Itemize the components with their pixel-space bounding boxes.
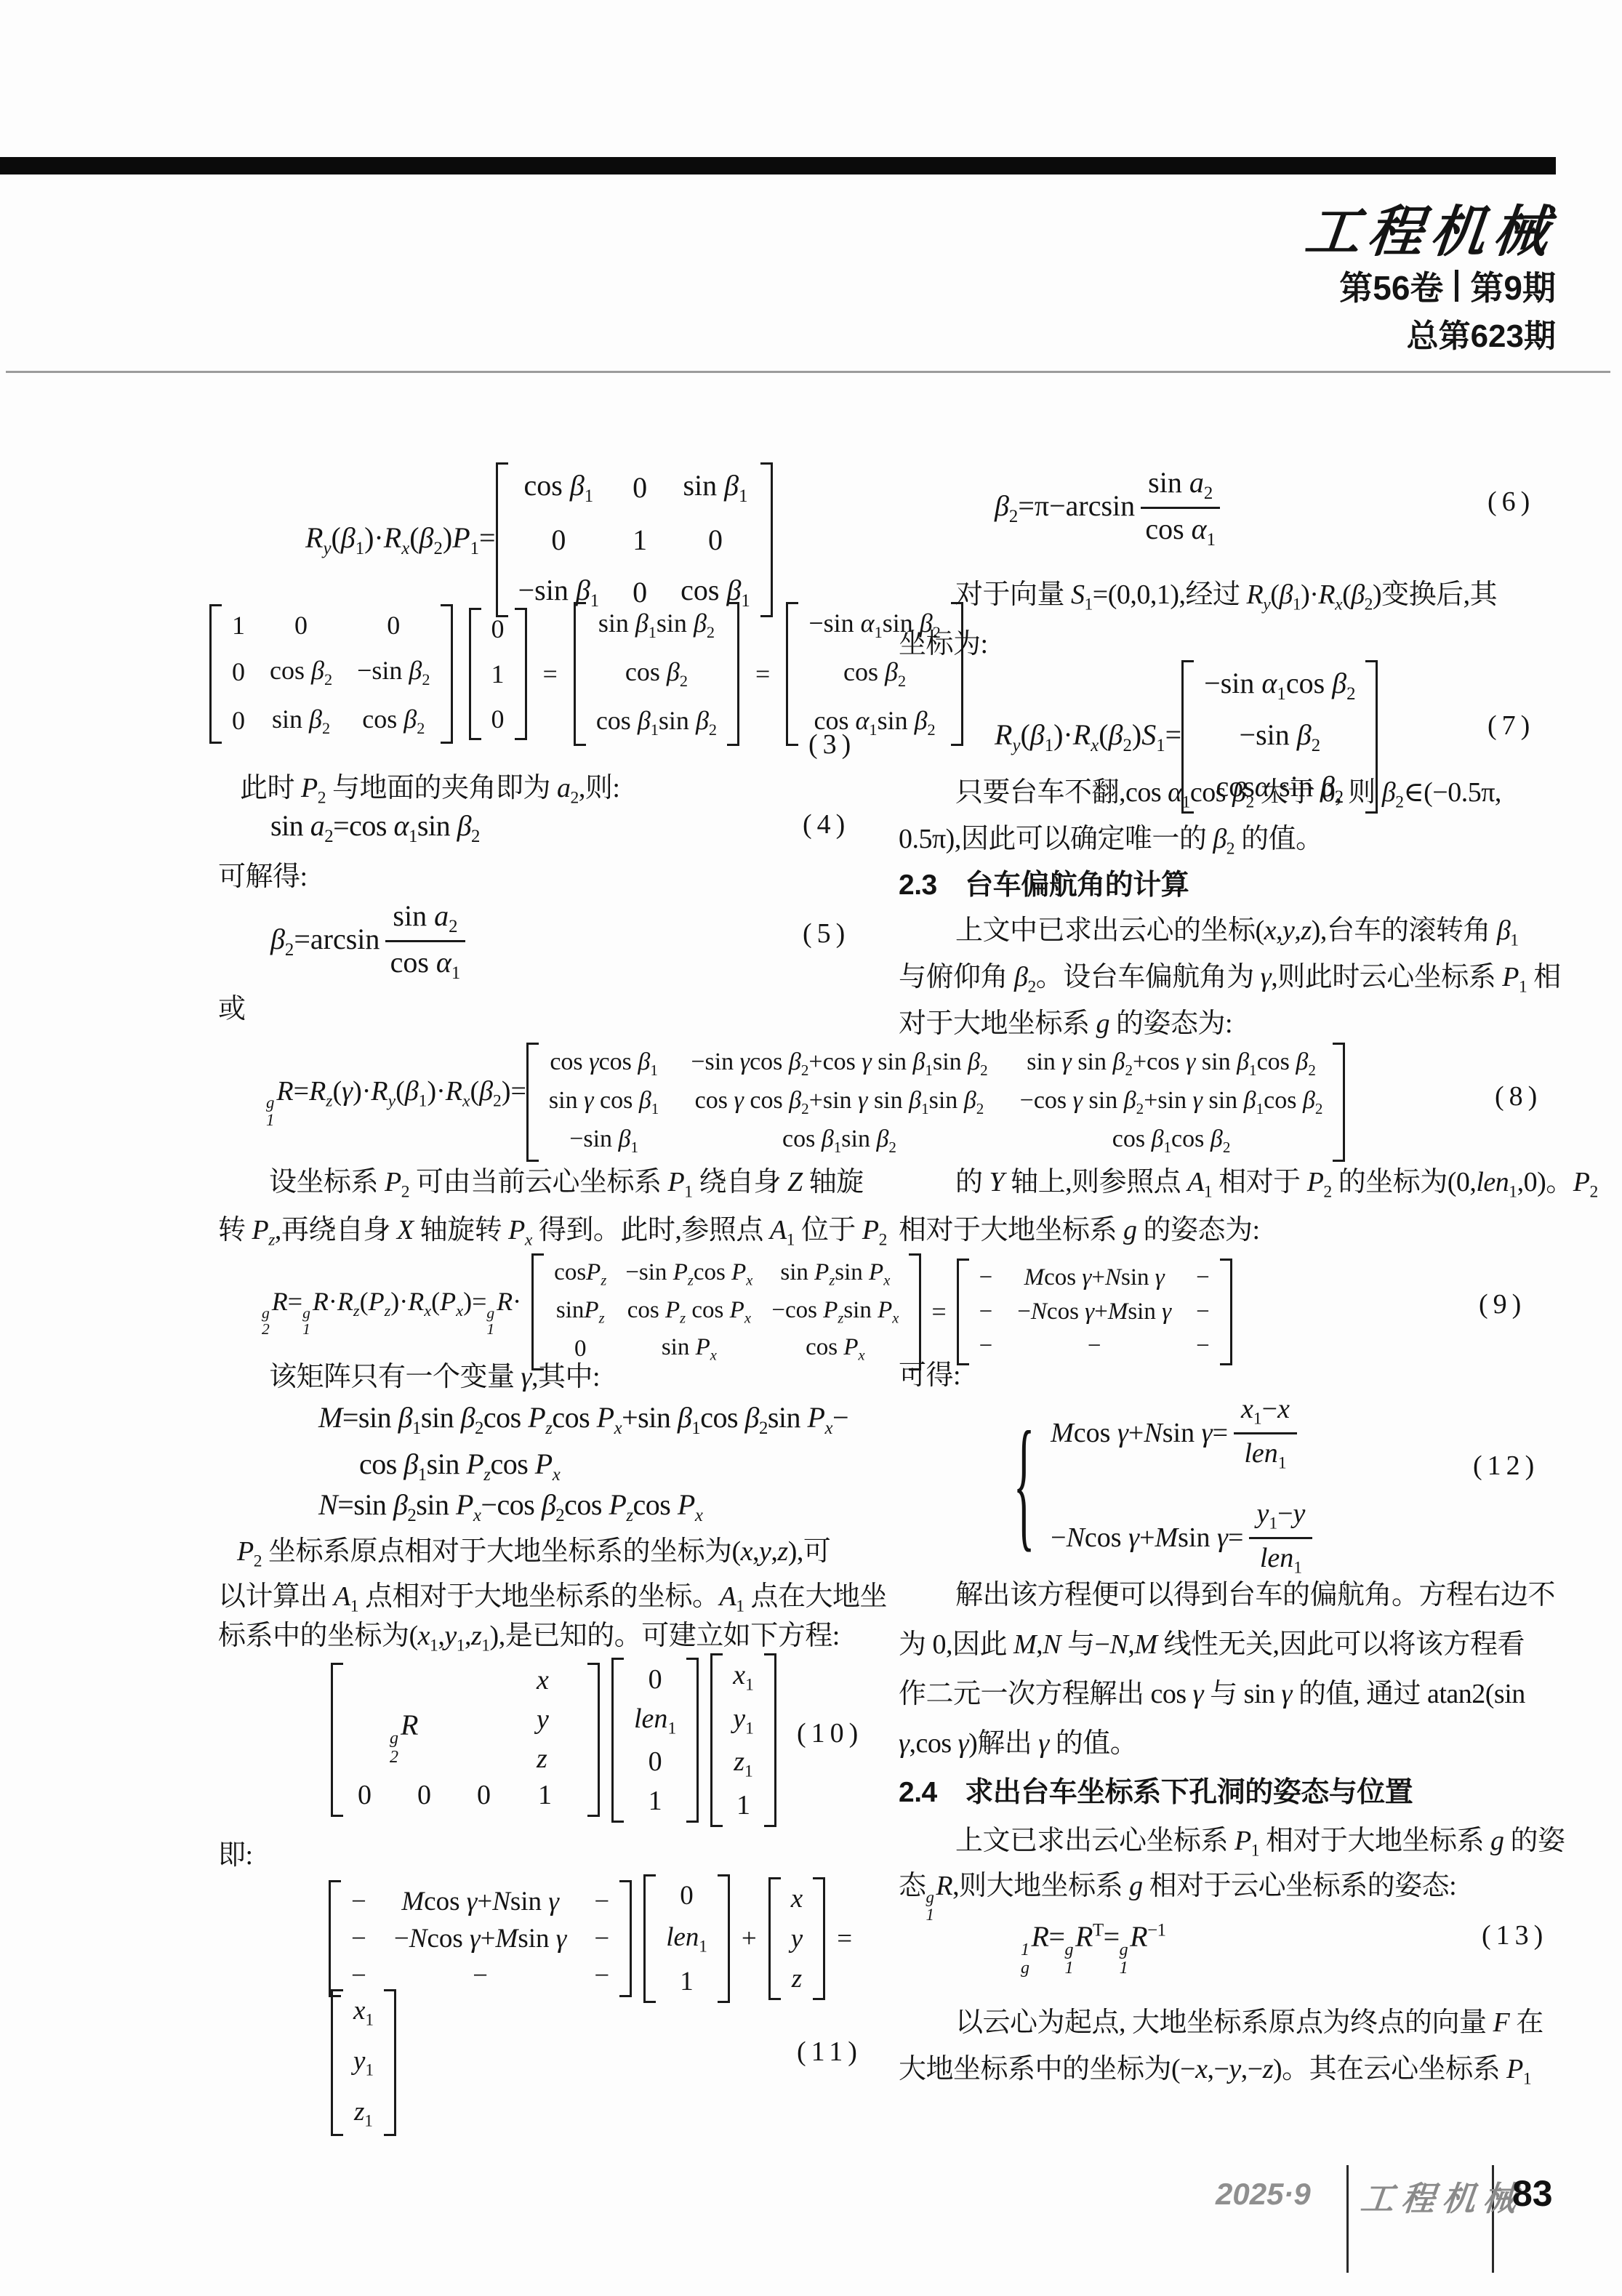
cell: −sin β2 <box>357 655 430 689</box>
bracket <box>574 602 586 746</box>
cell: z <box>792 1963 802 1994</box>
issue-total: 总第623期 <box>1407 310 1556 356</box>
cell: −cos γ sin β2+sin γ sin β1cos β2 <box>1020 1087 1323 1118</box>
equation-11-part2: x1 y1 z1 <box>331 1989 396 2136</box>
volume-issue: 第56卷 第9期 <box>1339 262 1556 310</box>
cell: cos β1sin β2 <box>596 705 717 739</box>
cell: − <box>1088 1333 1101 1360</box>
numerator: sin a2 <box>385 899 465 942</box>
bracket <box>768 1877 781 2000</box>
matrix: 0 len1 0 1 <box>611 1658 699 1823</box>
matrix: 0 len1 1 <box>643 1874 730 2003</box>
body-line: 此时 P2 与地面的夹角即为 a2,则: <box>240 765 619 808</box>
cell: z1 <box>734 1746 753 1782</box>
equation-9: g2R=g1R·Rz(Pz)·Rx(Px)=g1R· cosPz −sin Pz… <box>262 1253 1232 1370</box>
body-line: 的 Y 轴上,则参照点 A1 相对于 P2 的坐标为(0,len1,0)。P2 <box>955 1159 1598 1203</box>
cell: y <box>537 1703 549 1735</box>
body-line: 解出该方程便可以得到台车的偏航角。方程右边不 <box>955 1572 1555 1612</box>
bracket <box>441 604 453 744</box>
cell: 0 <box>708 523 723 557</box>
denominator: cos α1 <box>385 942 465 984</box>
cell: 1 <box>491 659 505 689</box>
bracket <box>643 1874 656 2003</box>
equation-number: (4) <box>803 808 850 840</box>
cell: 0 <box>633 470 647 505</box>
cell: 1 <box>736 1789 750 1821</box>
cell: g2R <box>390 1708 418 1766</box>
cell: 0 <box>491 614 505 644</box>
body-line: 设坐标系 P2 可由当前云心坐标系 P1 绕自身 Z 轴旋 <box>269 1159 864 1203</box>
equation-number: (5) <box>803 918 850 950</box>
numerator: sin a2 <box>1141 465 1220 509</box>
bracket <box>760 462 773 617</box>
page-number: 83 <box>1512 2172 1553 2215</box>
matrix: cosPz −sin Pzcos Px sin Pzsin Px sinPz c… <box>531 1253 921 1370</box>
eq9-lhs: g2R=g1R·Rz(Pz)·Rx(Px)=g1R· <box>262 1286 521 1338</box>
cell: −sin γcos β2+cos γ sin β1sin β2 <box>691 1048 987 1080</box>
cell: z1 <box>354 2096 373 2130</box>
body-line: 上文中已求出云心的坐标(x,y,z),台车的滚转角 β1 <box>955 907 1519 951</box>
cell: 0 <box>232 705 245 736</box>
cell: x <box>791 1883 803 1914</box>
cell: − <box>594 1960 609 1991</box>
matrix: g2R x y z 0 0 0 1 <box>331 1663 600 1817</box>
cell: 0 <box>551 523 566 557</box>
equation-number: (6) <box>1487 486 1535 518</box>
bracket <box>686 1658 699 1823</box>
cell: − <box>1196 1333 1210 1360</box>
equation-13: 1gR=g1RT=g1R−1 <box>1021 1919 1165 1978</box>
matrix: 1 0 0 0 cos β2 −sin β2 0 sin β2 cos β2 <box>209 604 453 744</box>
cell: sin γ cos β1 <box>549 1087 659 1118</box>
cell: y1 <box>733 1703 754 1739</box>
eq3-lhs: Ry(β1)·Rx(β2)P1= <box>305 521 496 559</box>
cell: sin β1sin β2 <box>598 608 715 642</box>
bracket <box>515 608 527 740</box>
body-line: 该矩阵只有一个变量 γ,其中: <box>269 1354 600 1394</box>
cell: sin Px <box>662 1334 717 1365</box>
equation-8: g1R=Rz(γ)·Ry(β1)·Rx(β2)= cos γcos β1 −si… <box>266 1043 1345 1162</box>
cell: 1 <box>538 1779 552 1811</box>
footer-divider <box>1346 2165 1349 2273</box>
cell: 0 <box>477 1779 491 1811</box>
bracket <box>526 1043 539 1162</box>
body-line: 0.5π),因此可以确定唯一的 β2 的值。 <box>899 816 1323 859</box>
equation-12: { Mcos γ+Nsin γ= x1−x len1 −Ncos γ+Msin … <box>1012 1393 1318 1578</box>
cell: cos β1sin β2 <box>782 1125 896 1157</box>
cell: 0 <box>680 1880 694 1911</box>
cell: −cos Pzsin Px <box>771 1297 899 1328</box>
matrix: 0 1 0 <box>469 608 527 740</box>
bracket <box>786 602 798 746</box>
cell: sin β2 <box>272 704 330 738</box>
body-line: 大地坐标系中的坐标为(−x,−y,−z)。其在云心坐标系 P1 <box>899 2046 1531 2090</box>
cell: − <box>351 1960 366 1991</box>
bracket <box>329 1880 341 1997</box>
body-line: M=sin β1sin β2cos Pzcos Px+sin β1cos β2s… <box>318 1400 848 1439</box>
equation-12-line1: Mcos γ+Nsin γ= x1−x len1 <box>1051 1393 1318 1473</box>
cell: cos β2 <box>625 657 688 691</box>
fraction: sin a2 cos α1 <box>385 899 465 984</box>
matrix: x1 y1 z1 <box>331 1989 396 2136</box>
equals-sign: = <box>837 1923 852 1954</box>
cell: cos β2 <box>362 704 425 738</box>
matrix: x1 y1 z1 1 <box>710 1653 776 1827</box>
bracket <box>496 462 508 617</box>
header-divider <box>6 371 1610 373</box>
equation-number: (7) <box>1487 710 1535 742</box>
bracket <box>710 1653 723 1827</box>
equation-6: β2=π−arcsin sin a2 cos α1 <box>995 465 1226 550</box>
bracket <box>718 1874 730 2003</box>
cell: len1 <box>666 1922 707 1956</box>
cell: − <box>979 1333 993 1360</box>
block-matrix-body: g2R x y z 0 0 0 1 <box>352 1663 579 1817</box>
cell: Mcos γ+Nsin γ <box>401 1886 559 1917</box>
cell: Mcos γ+Nsin γ <box>1024 1264 1165 1291</box>
bracket <box>813 1877 825 2000</box>
cell: −sin β2 <box>1240 718 1321 756</box>
body-line: 即: <box>218 1832 253 1872</box>
body-line: 可得: <box>899 1352 960 1392</box>
equation-number: (8) <box>1495 1080 1542 1112</box>
body-line: 对于大地坐标系 g 的姿态为: <box>899 1000 1232 1040</box>
cell: len1 <box>634 1703 676 1739</box>
journal-page: 工程机械 第56卷 第9期 总第623期 Ry(β1)·Rx(β2)P1= co… <box>0 0 1622 2296</box>
cell: 0 <box>387 610 400 641</box>
bracket <box>531 1253 544 1370</box>
cell: 0 <box>294 610 308 641</box>
cell: 0 <box>232 657 245 687</box>
cell: 1 <box>232 610 245 641</box>
cell: cos β2 <box>270 655 332 689</box>
matrix: − Mcos γ+Nsin γ − − −Ncos γ+Msin γ − − −… <box>957 1259 1232 1365</box>
body-line: N=sin β2sin Px−cos β2cos Pzcos Px <box>318 1488 702 1526</box>
equation-number: (12) <box>1473 1450 1539 1482</box>
cell: − <box>473 1960 488 1991</box>
cell: cos β1 <box>524 468 594 507</box>
journal-logo: 工程机械 <box>1301 188 1559 267</box>
equation-number: (13) <box>1482 1919 1548 1951</box>
cell: cos β2 <box>843 657 906 691</box>
eq6-lhs: β2=π−arcsin <box>995 489 1135 527</box>
bracket <box>331 1663 343 1817</box>
separator-bar <box>1455 270 1458 302</box>
cell: −sin β1 <box>569 1125 638 1157</box>
body-line: cos β1sin Pzcos Px <box>359 1447 560 1485</box>
eq8-lhs: g1R=Rz(γ)·Ry(β1)·Rx(β2)= <box>266 1075 526 1129</box>
cell: 0 <box>417 1779 431 1811</box>
eq5-lhs: β2=arcsin <box>270 922 380 960</box>
equals-sign: = <box>755 659 770 689</box>
cell: sin β1 <box>683 468 747 507</box>
eq7-lhs: Ry(β1)·Rx(β2)S1= <box>995 718 1181 756</box>
equation-12-line2: −Ncos γ+Msin γ= y1−y len1 <box>1051 1498 1318 1578</box>
cell: sin γ sin β2+cos γ sin β1cos β2 <box>1027 1048 1316 1080</box>
bracket <box>727 602 739 746</box>
footer-issue-date: 2025·9 <box>1216 2177 1311 2212</box>
body-line: 作二元一次方程解出 cos γ 与 sin γ 的值, 通过 atan2(sin <box>899 1671 1525 1711</box>
cell: y <box>791 1923 803 1954</box>
cell: cos γ cos β2+sin γ sin β1sin β2 <box>695 1087 984 1118</box>
bracket <box>611 1658 624 1823</box>
cell: 0 <box>358 1779 372 1811</box>
cell: − <box>594 1923 609 1954</box>
body-line: P2 坐标系原点相对于大地坐标系的坐标为(x,y,z),可 <box>237 1528 830 1572</box>
bracket <box>384 1989 396 2136</box>
cell: 0 <box>649 1746 662 1778</box>
cell: cosPz <box>554 1259 606 1290</box>
matrix: cos γcos β1 −sin γcos β2+cos γ sin β1sin… <box>526 1043 1346 1162</box>
fraction: x1−x len1 <box>1234 1393 1297 1473</box>
denominator: len1 <box>1234 1434 1297 1474</box>
body-line: 或 <box>218 986 246 1026</box>
bracket <box>469 608 481 740</box>
cell: x <box>537 1664 549 1696</box>
cell: cos β1cos β2 <box>1112 1125 1231 1157</box>
equals-sign: = <box>931 1296 946 1327</box>
cell: sin Pzsin Px <box>780 1259 890 1290</box>
cell: 0 <box>649 1663 662 1695</box>
cell: −sin α1cos β2 <box>1204 666 1355 705</box>
body-line: 为 0,因此 M,N 与−N,M 线性无关,因此可以将该方程看 <box>899 1621 1525 1661</box>
cell: −Ncos γ+Msin γ <box>394 1923 566 1954</box>
cell: − <box>1196 1264 1210 1291</box>
bracket <box>619 1880 632 1997</box>
matrix: x y z <box>768 1877 825 2000</box>
cell: − <box>351 1886 366 1917</box>
equation-3-part1: Ry(β1)·Rx(β2)P1= cos β1 0 sin β1 0 1 0 −… <box>305 462 773 617</box>
matrix: − Mcos γ+Nsin γ − − −Ncos γ+Msin γ − − −… <box>329 1880 632 1997</box>
eq12-lhs1: Mcos γ+Nsin γ= <box>1051 1417 1228 1449</box>
cell: sinPz <box>556 1297 605 1328</box>
bracket <box>209 604 222 744</box>
brace: { <box>1013 1412 1035 1559</box>
cell: − <box>594 1886 609 1917</box>
equation-10: g2R x y z 0 0 0 1 0 len1 0 1 <box>331 1653 776 1827</box>
numerator: y1−y <box>1249 1498 1312 1539</box>
fraction: y1−y len1 <box>1249 1498 1312 1578</box>
fraction: sin a2 cos α1 <box>1141 465 1220 550</box>
cell: cos γcos β1 <box>550 1048 658 1080</box>
cell: −Ncos γ+Msin γ <box>1017 1298 1171 1325</box>
cell: x1 <box>353 1995 374 2029</box>
body-line: 上文已求出云心坐标系 P1 相对于大地坐标系 g 的姿 <box>955 1818 1565 1861</box>
plus-sign: + <box>742 1923 757 1954</box>
cell: − <box>979 1264 993 1291</box>
equation-5: β2=arcsin sin a2 cos α1 <box>270 899 471 984</box>
body-line: 以云心为起点, 大地坐标系原点为终点的向量 F 在 <box>955 1999 1543 2039</box>
cell: x1 <box>733 1659 754 1695</box>
body-line: 与俯仰角 β2。设台车偏航角为 γ,则此时云心坐标系 P1 相 <box>899 954 1561 998</box>
bracket <box>587 1663 600 1817</box>
body-line: 相对于大地坐标系 g 的姿态为: <box>899 1207 1260 1247</box>
section-heading-2-3: 2.3 台车偏航角的计算 <box>899 862 1189 903</box>
cell: − <box>1196 1298 1210 1325</box>
body-line: 标系中的坐标为(x1,y1,z1),是已知的。可建立如下方程: <box>218 1613 840 1656</box>
cell: 1 <box>633 523 647 557</box>
equation-system: Mcos γ+Nsin γ= x1−x len1 −Ncos γ+Msin γ=… <box>1051 1393 1318 1578</box>
equation-number: (9) <box>1479 1288 1526 1320</box>
section-heading-2-4: 2.4 求出台车坐标系下孔洞的姿态与位置 <box>899 1770 1413 1810</box>
body-line: 可解得: <box>218 854 308 894</box>
eq12-lhs2: −Ncos γ+Msin γ= <box>1051 1522 1243 1554</box>
body-line: 坐标为: <box>899 621 988 661</box>
body-line: 以计算出 A1 点相对于大地坐标系的坐标。A1 点在大地坐 <box>218 1573 887 1617</box>
bracket <box>764 1653 776 1827</box>
equation-3-part2: 1 0 0 0 cos β2 −sin β2 0 sin β2 cos β2 0… <box>209 602 963 746</box>
body-line: 对于向量 S1=(0,0,1),经过 Ry(β1)·Rx(β2)变换后,其 <box>955 571 1497 615</box>
cell: cos Pz cos Px <box>627 1297 751 1328</box>
cell: − <box>351 1923 366 1954</box>
cell: cos Px <box>806 1334 865 1365</box>
denominator: cos α1 <box>1141 509 1220 550</box>
equation-number: (10) <box>797 1717 863 1749</box>
bracket <box>331 1989 343 2136</box>
equation-number: (3) <box>808 728 856 760</box>
bracket <box>1333 1043 1345 1162</box>
cell: −sin Pzcos Px <box>625 1259 752 1290</box>
cell: 1 <box>680 1966 694 1997</box>
equation-11-part1: − Mcos γ+Nsin γ − − −Ncos γ+Msin γ − − −… <box>329 1874 852 2003</box>
volume-label: 第56卷 <box>1339 262 1443 310</box>
cell: y1 <box>353 2045 374 2079</box>
cell: z <box>537 1743 547 1775</box>
bracket <box>1220 1259 1232 1365</box>
cell: 1 <box>649 1785 662 1817</box>
equation-4: sin a2=cos α1sin β2 <box>270 808 480 847</box>
body-line: 只要台车不翻,cos α1cos β2 大于 0, 则 β2∈(−0.5π, <box>955 769 1501 813</box>
header-rule-bar <box>0 157 1556 174</box>
issue-label: 第9期 <box>1470 262 1556 310</box>
cell: − <box>979 1298 993 1325</box>
cell: 0 <box>491 704 505 734</box>
equation-number: (11) <box>797 2036 862 2068</box>
matrix: sin β1sin β2 cos β2 cos β1sin β2 <box>574 602 739 746</box>
body-line: 态g1R,则大地坐标系 g 相对于云心坐标系的姿态: <box>899 1863 1456 1924</box>
equals-sign: = <box>543 659 558 689</box>
body-line: 转 Pz,再绕自身 X 轴旋转 Px 得到。此时,参照点 A1 位于 P2 <box>218 1207 887 1251</box>
bracket <box>957 1259 969 1365</box>
body-line: γ,cos γ)解出 γ 的值。 <box>899 1720 1137 1760</box>
matrix: cos β1 0 sin β1 0 1 0 −sin β1 0 cos β1 <box>496 462 773 617</box>
footer-journal-logo: 工程机械 <box>1359 2172 1527 2220</box>
numerator: x1−x <box>1234 1393 1297 1434</box>
